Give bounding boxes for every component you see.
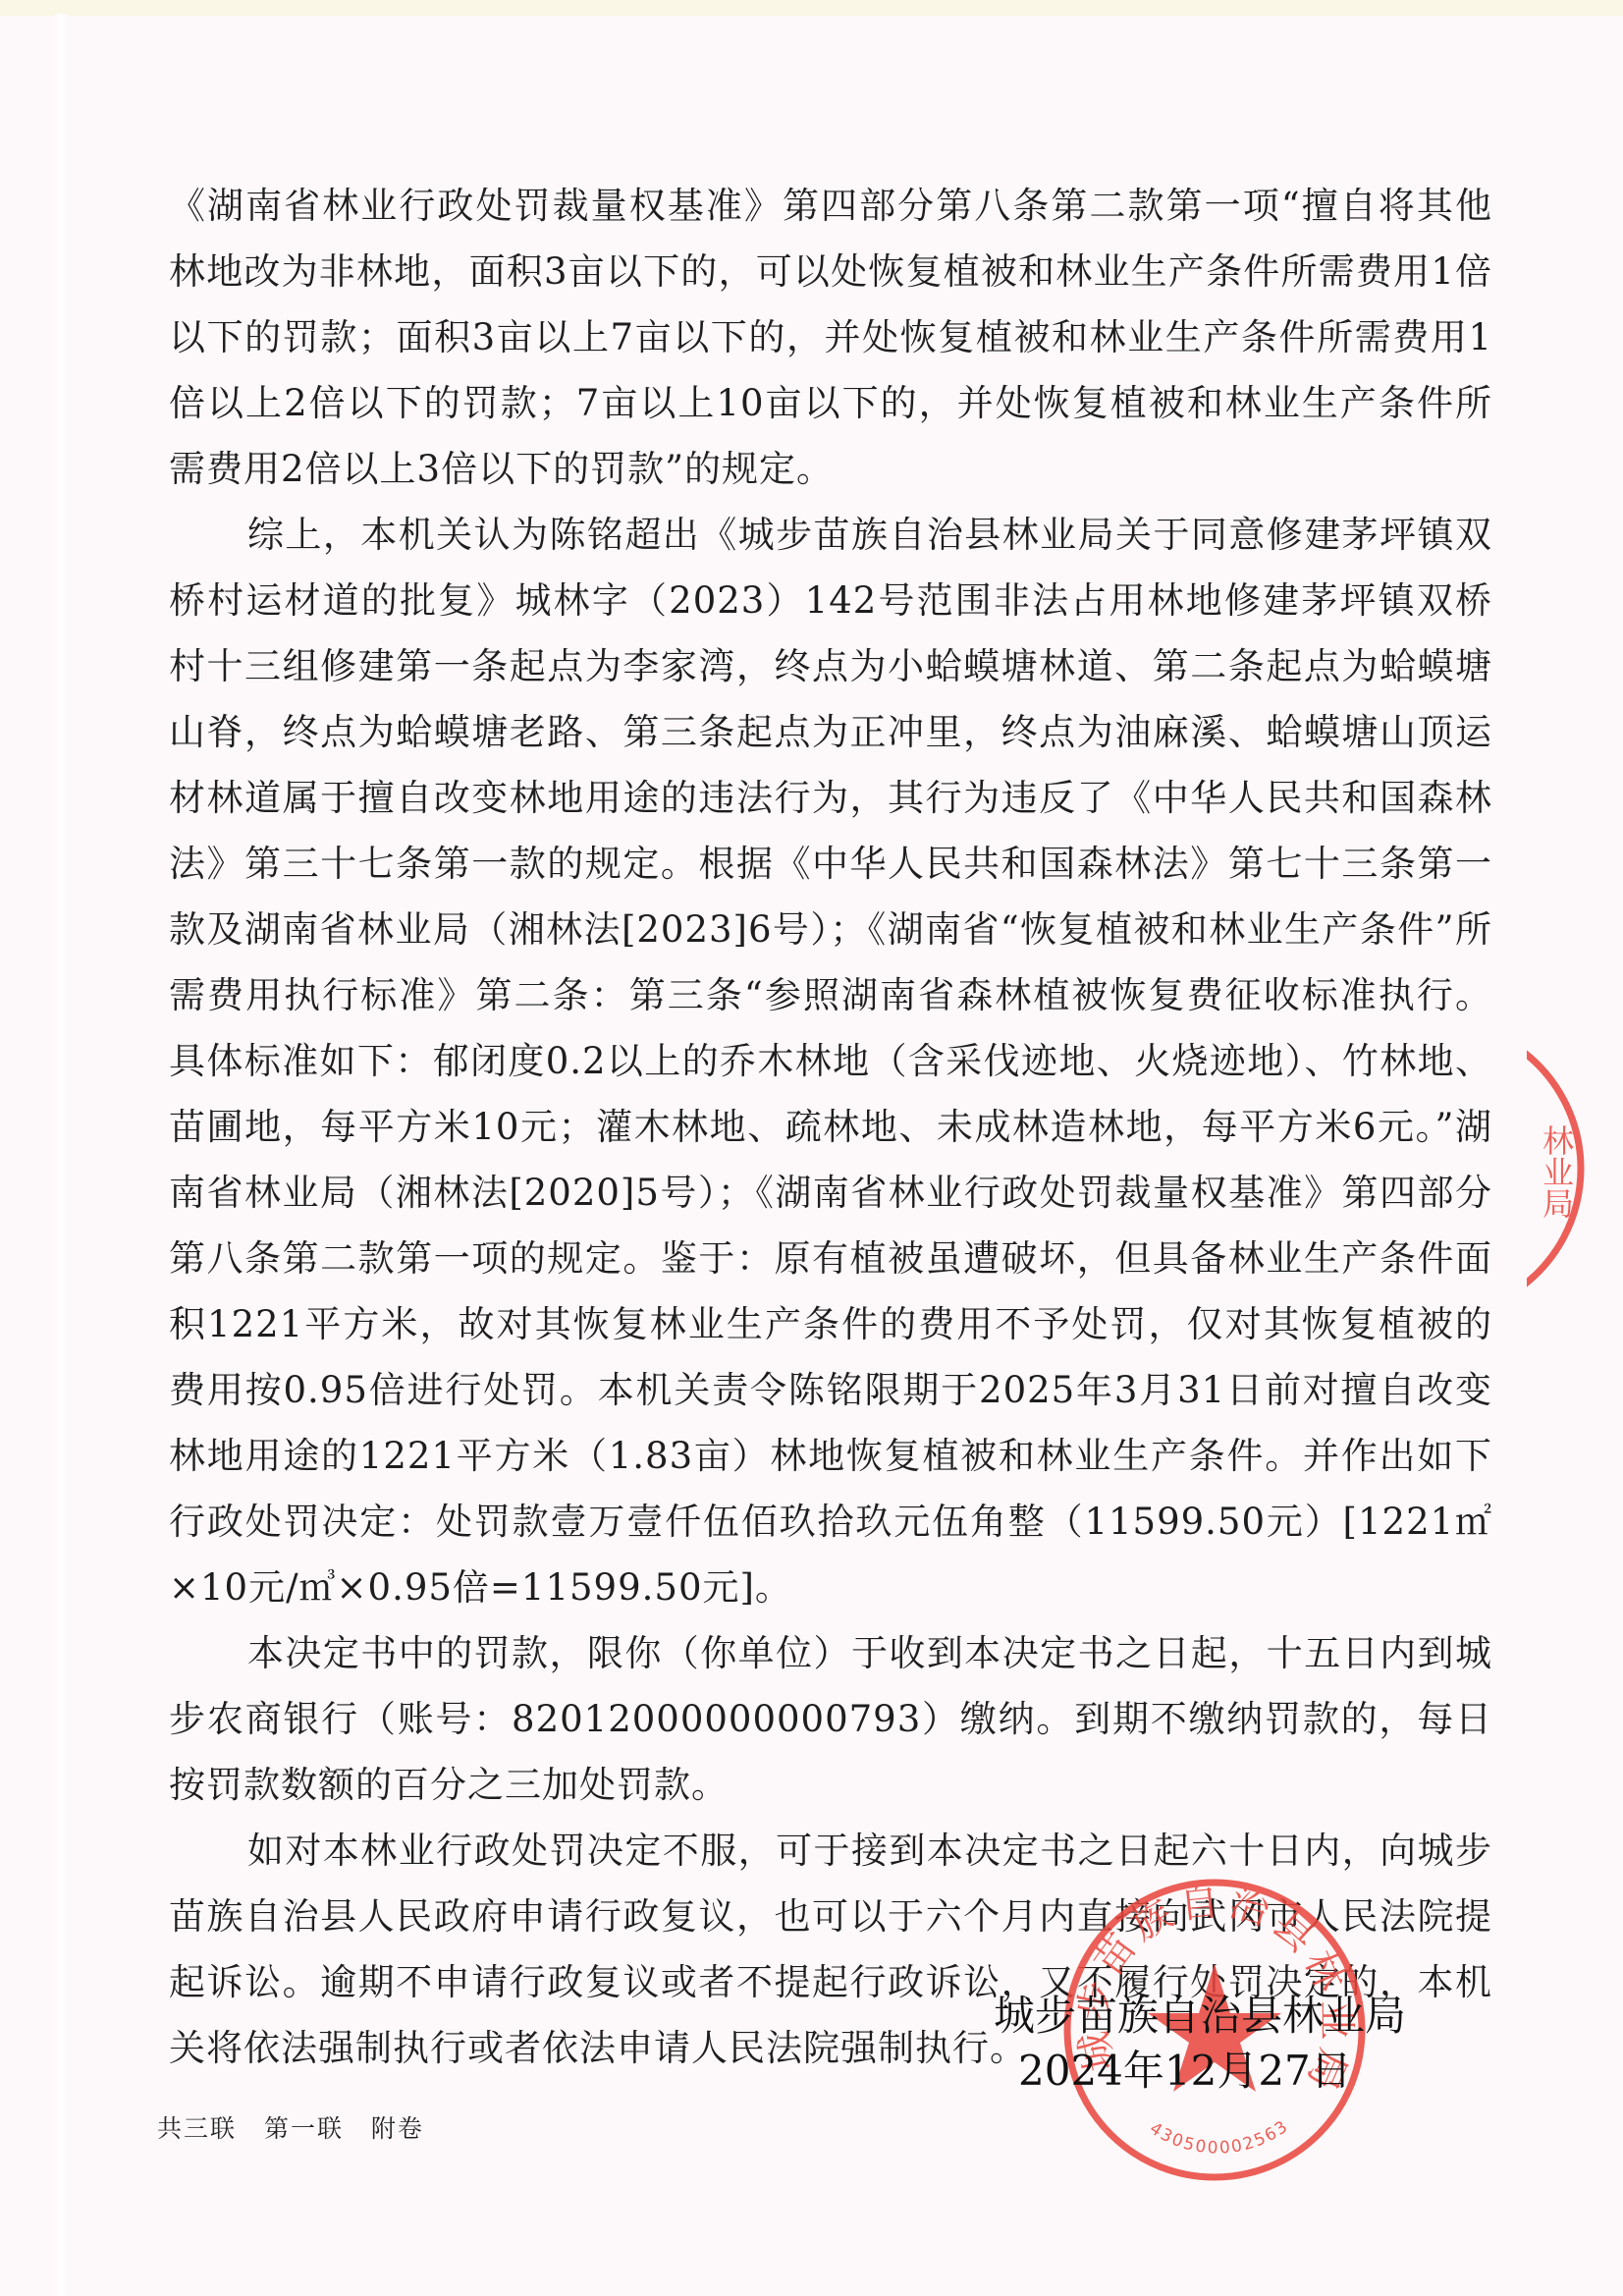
issue-date: 2024年12月27日 xyxy=(994,2044,1445,2099)
issuing-organization: 城步苗族自治县林业局 xyxy=(994,1989,1445,2044)
seam-seal-text: 林业局 xyxy=(1538,1124,1575,1219)
scan-fold-mark xyxy=(55,14,67,2296)
paragraph-payment-instructions: 本决定书中的罚款，限你（你单位）于收到本决定书之日起，十五日内到城步农商银行（账… xyxy=(169,1620,1492,1818)
paragraph-legal-basis: 《湖南省林业行政处罚裁量权基准》第四部分第八条第二款第一项“擅自将其他林地改为非… xyxy=(169,173,1492,502)
scan-top-edge xyxy=(0,0,1623,16)
paragraph-conclusion-and-penalty: 综上，本机关认为陈铭超出《城步苗族自治县林业局关于同意修建茅坪镇双桥村运材道的批… xyxy=(169,502,1492,1620)
signature-block: 城步苗族自治县林业局 2024年12月27日 xyxy=(994,1989,1445,2099)
seam-seal-icon: 林业局 xyxy=(1527,1046,1623,1291)
copy-note: 共三联 第一联 附卷 xyxy=(157,2109,424,2145)
decision-body: 《湖南省林业行政处罚裁量权基准》第四部分第八条第二款第一项“擅自将其他林地改为非… xyxy=(169,173,1492,2081)
